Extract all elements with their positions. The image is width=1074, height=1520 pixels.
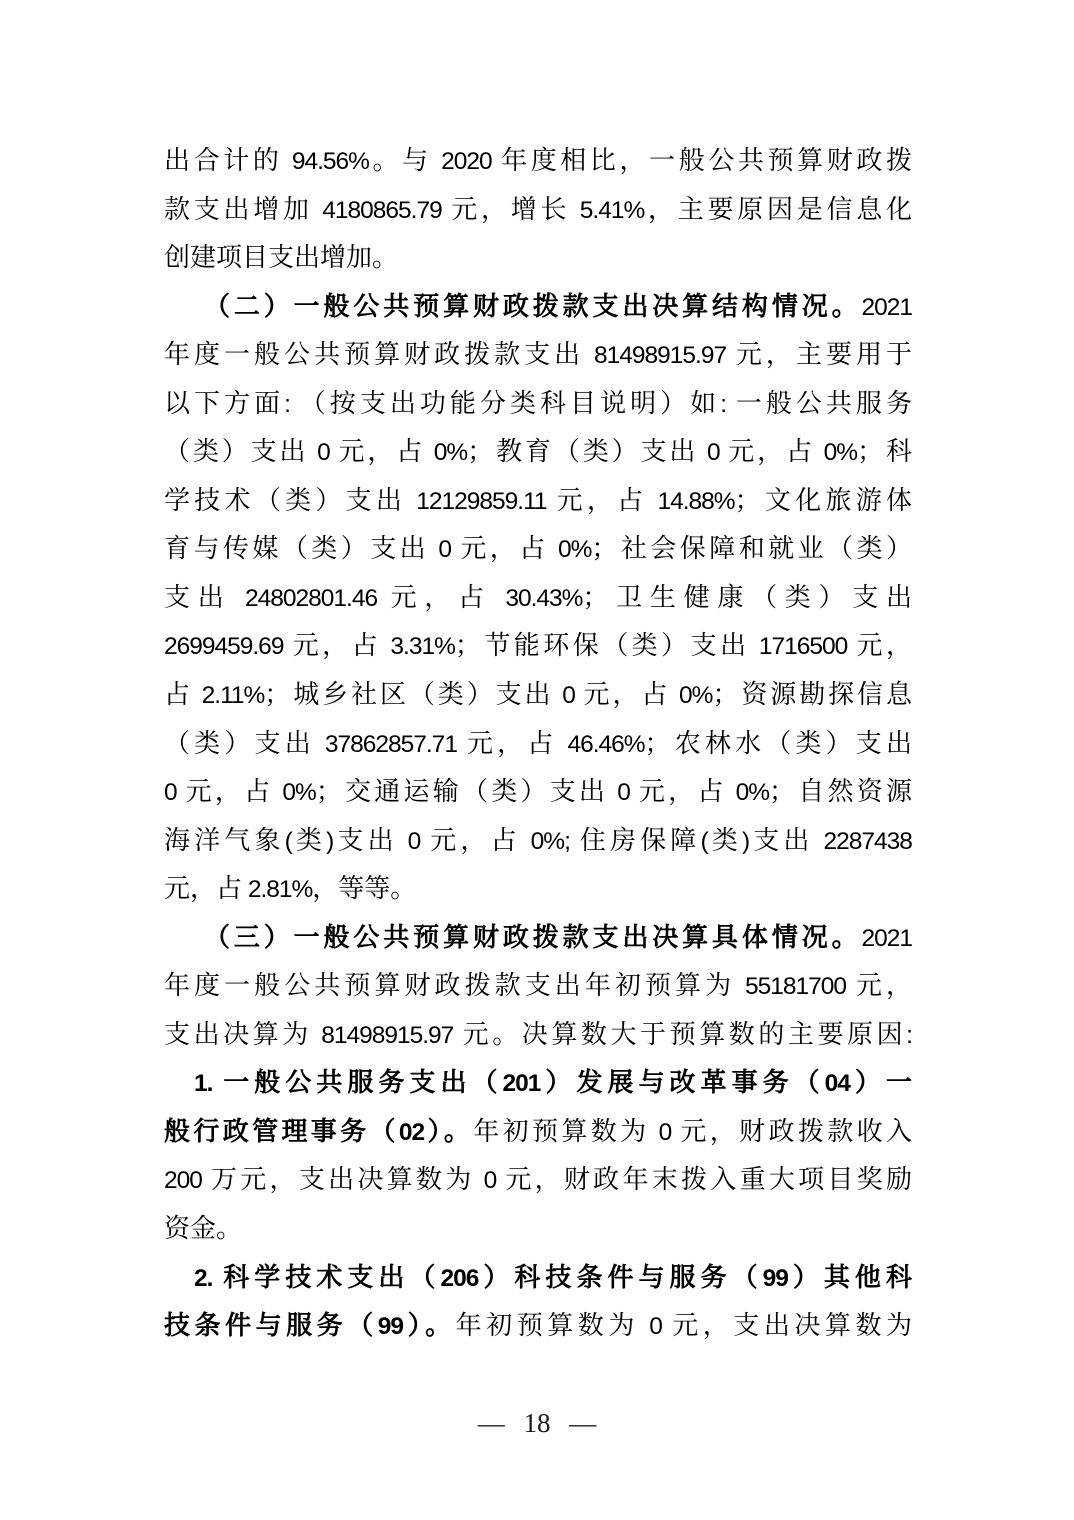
latin-run: 99 [763, 1265, 788, 1292]
text-line: 以下方面: （按支出功能分类科目说明）如: 一般公共服务 [164, 380, 912, 429]
latin-run: 0% [815, 439, 857, 466]
latin-run: : [720, 391, 736, 418]
latin-run: 0 [649, 1119, 680, 1146]
latin-run: 2.11% [193, 682, 264, 709]
latin-run: : [284, 391, 300, 418]
body-segment: 学技术（类）支出 12129859.11 元，占 14.88%；文化旅游体 [164, 486, 912, 515]
text-line: 年度一般公共预算财政拨款支出年初预算为 55181700 元， [164, 962, 912, 1011]
body-segment: 年度一般公共预算财政拨款支出年初预算为 55181700 元， [164, 971, 912, 1000]
page-footer: — 18 — [0, 1403, 1074, 1443]
body-segment: （类）支出 0 元，占 0%；教育（类）支出 0 元，占 0%；科 [164, 437, 912, 466]
latin-run: 0 [608, 779, 639, 806]
body-segment: 2021 [861, 923, 912, 952]
latin-run: 30.43% [492, 585, 583, 612]
latin-run: 0 [164, 779, 186, 806]
text-line: （类）支出 0 元，占 0%；教育（类）支出 0 元，占 0%；科 [164, 428, 912, 477]
latin-run: 37862857.71 [315, 731, 467, 758]
heading-segment: （三）一般公共预算财政拨款支出决算具体情况。 [204, 923, 861, 952]
body-segment: 元，占 2.81%，等等。 [164, 874, 416, 903]
latin-run: 2287438 [814, 828, 912, 855]
latin-run: 24802801.46 [231, 585, 390, 612]
text-line: 学技术（类）支出 12129859.11 元，占 14.88%；文化旅游体 [164, 477, 912, 526]
latin-run: 14.88% [647, 488, 734, 515]
body-segment: 年度一般公共预算财政拨款支出 81498915.97 元，主要用于 [164, 340, 912, 369]
body-segment: 以下方面: （按支出功能分类科目说明）如: 一般公共服务 [164, 389, 912, 418]
heading-segment: 1. 一般公共服务支出（201）发展与改革事务（04）一 [194, 1068, 912, 1097]
latin-run: 0% [727, 779, 769, 806]
body-segment: 创建项目支出增加。 [164, 243, 398, 272]
latin-run: 3.31% [381, 633, 455, 660]
latin-run: 46.46% [557, 731, 644, 758]
body-segment: 海洋气象(类)支出 0 元，占 0%; 住房保障(类)支出 2287438 [164, 826, 912, 855]
latin-run: 201 [503, 1070, 541, 1097]
latin-run: 02 [399, 1119, 424, 1146]
latin-run: 81498915.97 [584, 342, 736, 369]
latin-run: 2020 [432, 148, 501, 175]
latin-run: 2021 [861, 294, 912, 321]
text-line: 资金。 [164, 1205, 912, 1254]
latin-run: 0% [549, 536, 592, 563]
latin-run: ) [742, 828, 749, 855]
text-line: 款支出增加 4180865.79 元，增长 5.41%，主要原因是信息化 [164, 186, 912, 235]
latin-run: 2021 [861, 925, 912, 952]
latin-run: 0 [398, 828, 431, 855]
latin-run: 1. [194, 1070, 223, 1097]
latin-run: 2.81% [242, 876, 312, 903]
text-line: 创建项目支出增加。 [164, 234, 912, 283]
body-segment: 0 元，占 0%；交通运输（类）支出 0 元，占 0%；自然资源 [164, 777, 912, 806]
latin-run: 0 [639, 1313, 672, 1340]
latin-run: 2699459.69 [164, 633, 293, 660]
latin-run: 0 [429, 536, 460, 563]
latin-run: 5.41% [570, 197, 644, 224]
latin-run: 0 [698, 439, 728, 466]
text-line: 支出 24802801.46 元，占 30.43%；卫生健康（类）支出 [164, 574, 912, 623]
document-body: 出合计的 94.56%。与 2020 年度相比，一般公共预算财政拨款支出增加 4… [164, 137, 912, 1351]
latin-run: 1716500 [750, 633, 857, 660]
document-page: 出合计的 94.56%。与 2020 年度相比，一般公共预算财政拨款支出增加 4… [0, 0, 1074, 1520]
latin-run: 2. [194, 1265, 223, 1292]
text-line: （三）一般公共预算财政拨款支出决算具体情况。2021 [164, 914, 912, 963]
latin-run: ( [700, 828, 707, 855]
body-segment: 200 万元，支出决算数为 0 元，财政年末拨入重大项目奖励 [164, 1165, 912, 1194]
latin-run: 4180865.79 [313, 197, 452, 224]
body-segment: 2021 [861, 292, 912, 321]
latin-run: 55181700 [735, 973, 856, 1000]
latin-run: 81498915.97 [312, 1022, 463, 1049]
body-segment: 年初预算数为 0 元，支出决算数为 [456, 1311, 912, 1340]
body-segment: 支出决算为 81498915.97 元。决算数大于预算数的主要原因: [164, 1020, 912, 1049]
heading-segment: 2. 科学技术支出（206）科技条件与服务（99）其他科 [194, 1263, 912, 1292]
latin-run: : [906, 1022, 912, 1049]
latin-run: 0% [273, 779, 315, 806]
latin-run: 0 [553, 682, 583, 709]
latin-run: 04 [825, 1070, 850, 1097]
latin-run: 0 [308, 439, 338, 466]
body-segment: 占 2.11%；城乡社区（类）支出 0 元，占 0%；资源勘探信息 [164, 680, 912, 709]
text-line: 技条件与服务（99）。年初预算数为 0 元，支出决算数为 [164, 1302, 912, 1351]
latin-run: 0% [670, 682, 712, 709]
body-segment: 2699459.69 元，占 3.31%；节能环保（类）支出 1716500 元… [164, 631, 912, 660]
text-line: 出合计的 94.56%。与 2020 年度相比，一般公共预算财政拨 [164, 137, 912, 186]
text-line: 海洋气象(类)支出 0 元，占 0%; 住房保障(类)支出 2287438 [164, 817, 912, 866]
body-segment: 年初预算数为 0 元，财政拨款收入 [473, 1117, 912, 1146]
text-line: 占 2.11%；城乡社区（类）支出 0 元，占 0%；资源勘探信息 [164, 671, 912, 720]
body-segment: 育与传媒（类）支出 0 元，占 0%；社会保障和就业（类） [164, 534, 912, 563]
text-line: 育与传媒（类）支出 0 元，占 0%；社会保障和就业（类） [164, 525, 912, 574]
text-line: 2699459.69 元，占 3.31%；节能环保（类）支出 1716500 元… [164, 622, 912, 671]
latin-run: 0%; [521, 828, 580, 855]
heading-segment: 般行政管理事务（02）。 [164, 1117, 473, 1146]
text-line: 200 万元，支出决算数为 0 元，财政年末拨入重大项目奖励 [164, 1156, 912, 1205]
text-line: （类）支出 37862857.71 元，占 46.46%；农林水（类）支出 [164, 720, 912, 769]
latin-run: 206 [440, 1265, 478, 1292]
text-line: （二）一般公共预算财政拨款支出决算结构情况。2021 [164, 283, 912, 332]
text-line: 支出决算为 81498915.97 元。决算数大于预算数的主要原因: [164, 1011, 912, 1060]
heading-segment: 技条件与服务（99）。 [164, 1311, 456, 1340]
text-line: 般行政管理事务（02）。年初预算数为 0 元，财政拨款收入 [164, 1108, 912, 1157]
body-segment: 款支出增加 4180865.79 元，增长 5.41%，主要原因是信息化 [164, 195, 912, 224]
latin-run: 0 [475, 1167, 506, 1194]
heading-segment: （二）一般公共预算财政拨款支出决算结构情况。 [204, 292, 861, 321]
latin-run: 94.56% [282, 148, 369, 175]
body-segment: 出合计的 94.56%。与 2020 年度相比，一般公共预算财政拨 [164, 146, 912, 175]
latin-run: ) [326, 828, 333, 855]
text-line: 元，占 2.81%，等等。 [164, 865, 912, 914]
page-number: — 18 — [478, 1408, 597, 1438]
text-line: 1. 一般公共服务支出（201）发展与改革事务（04）一 [164, 1059, 912, 1108]
body-segment: 支出 24802801.46 元，占 30.43%；卫生健康（类）支出 [164, 583, 912, 612]
text-line: 年度一般公共预算财政拨款支出 81498915.97 元，主要用于 [164, 331, 912, 380]
text-line: 0 元，占 0%；交通运输（类）支出 0 元，占 0%；自然资源 [164, 768, 912, 817]
latin-run: 12129859.11 [406, 488, 556, 515]
latin-run: ( [285, 828, 292, 855]
latin-run: 200 [164, 1167, 211, 1194]
latin-run: 99 [378, 1313, 403, 1340]
latin-run: 0% [425, 439, 467, 466]
text-line: 2. 科学技术支出（206）科技条件与服务（99）其他科 [164, 1254, 912, 1303]
body-segment: （类）支出 37862857.71 元，占 46.46%；农林水（类）支出 [164, 729, 912, 758]
body-segment: 资金。 [164, 1214, 242, 1243]
